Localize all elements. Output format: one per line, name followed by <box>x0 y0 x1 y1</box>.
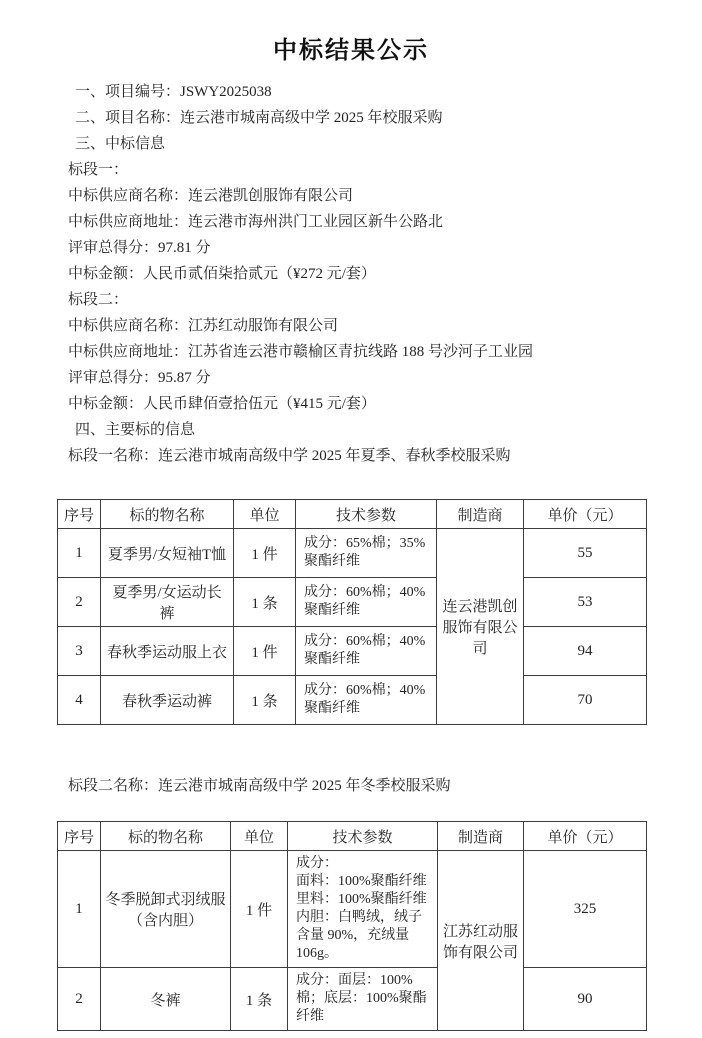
table-row: 2 夏季男/女运动长裤 1 条 成分：60%棉；40%聚酯纤维 53 <box>58 578 647 627</box>
cell-unit: 1 条 <box>234 676 296 725</box>
line-section2-amount: 中标金额：人民币肆佰壹拾伍元（¥415 元/套） <box>68 391 662 417</box>
cell-unit-price: 55 <box>524 529 647 578</box>
line-section1-table-caption: 标段一名称：连云港市城南高级中学 2025 年夏季、春秋季校服采购 <box>68 443 662 469</box>
line-project-number: 一、项目编号：JSWY2025038 <box>68 79 662 105</box>
table-row: 1 夏季男/女短袖T恤 1 件 成分：65%棉；35%聚酯纤维 连云港凯创服饰有… <box>58 529 647 578</box>
cell-seq: 3 <box>58 627 101 676</box>
section2-items-table: 序号 标的物名称 单位 技术参数 制造商 单价（元） 1 冬季脱卸式羽绒服（含内… <box>57 821 647 1031</box>
cell-item-name: 冬季脱卸式羽绒服（含内胆） <box>101 851 231 968</box>
cell-unit-price: 94 <box>524 627 647 676</box>
line-section2-supplier-name: 中标供应商名称：江苏红动服饰有限公司 <box>68 313 662 339</box>
cell-seq: 4 <box>58 676 101 725</box>
cell-unit: 1 条 <box>234 578 296 627</box>
cell-tech-params: 成分： 面料：100%聚酯纤维 里料：100%聚酯纤维 内胆：白鸭绒，绒子含量 … <box>288 851 438 968</box>
cell-unit-price: 325 <box>524 851 647 968</box>
cell-unit-price: 53 <box>524 578 647 627</box>
page-title: 中标结果公示 <box>0 0 702 65</box>
line-project-name: 二、项目名称：连云港市城南高级中学 2025 年校服采购 <box>68 105 662 131</box>
line-section1-supplier-address: 中标供应商地址：连云港市海州洪门工业园区新牛公路北 <box>68 209 662 235</box>
line-section1-label: 标段一： <box>68 157 662 183</box>
table-row: 4 春秋季运动裤 1 条 成分：60%棉；40%聚酯纤维 70 <box>58 676 647 725</box>
col-header-unit: 单位 <box>234 500 296 529</box>
line-section1-amount: 中标金额：人民币贰佰柒拾贰元（¥272 元/套） <box>68 261 662 287</box>
col-header-item-name: 标的物名称 <box>101 822 231 851</box>
cell-seq: 2 <box>58 968 101 1031</box>
cell-tech-params: 成分：65%棉；35%聚酯纤维 <box>296 529 437 578</box>
cell-unit: 1 条 <box>231 968 288 1031</box>
cell-item-name: 春秋季运动裤 <box>101 676 234 725</box>
cell-unit: 1 件 <box>234 627 296 676</box>
cell-item-name: 冬裤 <box>101 968 231 1031</box>
section1-items-table: 序号 标的物名称 单位 技术参数 制造商 单价（元） 1 夏季男/女短袖T恤 1… <box>57 499 647 725</box>
col-header-seq: 序号 <box>58 822 101 851</box>
cell-tech-params: 成分：60%棉；40%聚酯纤维 <box>296 578 437 627</box>
section2-table-caption: 标段二名称：连云港市城南高级中学 2025 年冬季校服采购 <box>0 773 702 799</box>
table1-header-row: 序号 标的物名称 单位 技术参数 制造商 单价（元） <box>58 500 647 529</box>
col-header-tech-params: 技术参数 <box>296 500 437 529</box>
body-text-block: 一、项目编号：JSWY2025038 二、项目名称：连云港市城南高级中学 202… <box>0 79 702 469</box>
cell-item-name: 夏季男/女短袖T恤 <box>101 529 234 578</box>
table-row: 1 冬季脱卸式羽绒服（含内胆） 1 件 成分： 面料：100%聚酯纤维 里料：1… <box>58 851 647 968</box>
cell-unit: 1 件 <box>234 529 296 578</box>
col-header-manufacturer: 制造商 <box>438 822 524 851</box>
cell-tech-params: 成分：60%棉；40%聚酯纤维 <box>296 676 437 725</box>
table-row: 2 冬裤 1 条 成分：面层：100%棉；底层：100%聚酯纤维 90 <box>58 968 647 1031</box>
table2-header-row: 序号 标的物名称 单位 技术参数 制造商 单价（元） <box>58 822 647 851</box>
line-main-subject-heading: 四、主要标的信息 <box>68 417 662 443</box>
cell-manufacturer-merged: 连云港凯创服饰有限公司 <box>437 529 524 725</box>
cell-seq: 1 <box>58 529 101 578</box>
cell-item-name: 春秋季运动服上衣 <box>101 627 234 676</box>
table-row: 3 春秋季运动服上衣 1 件 成分：60%棉；40%聚酯纤维 94 <box>58 627 647 676</box>
col-header-seq: 序号 <box>58 500 101 529</box>
cell-tech-params: 成分：60%棉；40%聚酯纤维 <box>296 627 437 676</box>
col-header-unit: 单位 <box>231 822 288 851</box>
line-section2-label: 标段二： <box>68 287 662 313</box>
line-section2-supplier-address: 中标供应商地址：江苏省连云港市赣榆区青抗线路 188 号沙河子工业园 <box>68 339 662 365</box>
cell-item-name: 夏季男/女运动长裤 <box>101 578 234 627</box>
col-header-unit-price: 单价（元） <box>524 822 647 851</box>
line-section1-score: 评审总得分：97.81 分 <box>68 235 662 261</box>
document-page: 中标结果公示 一、项目编号：JSWY2025038 二、项目名称：连云港市城南高… <box>0 0 702 1038</box>
cell-unit-price: 70 <box>524 676 647 725</box>
col-header-unit-price: 单价（元） <box>524 500 647 529</box>
col-header-manufacturer: 制造商 <box>437 500 524 529</box>
line-section1-supplier-name: 中标供应商名称：连云港凯创服饰有限公司 <box>68 183 662 209</box>
cell-seq: 1 <box>58 851 101 968</box>
cell-unit-price: 90 <box>524 968 647 1031</box>
cell-unit: 1 件 <box>231 851 288 968</box>
cell-tech-params: 成分：面层：100%棉；底层：100%聚酯纤维 <box>288 968 438 1031</box>
line-section2-score: 评审总得分：95.87 分 <box>68 365 662 391</box>
cell-seq: 2 <box>58 578 101 627</box>
col-header-item-name: 标的物名称 <box>101 500 234 529</box>
line-bid-info-heading: 三、中标信息 <box>68 131 662 157</box>
col-header-tech-params: 技术参数 <box>288 822 438 851</box>
cell-manufacturer-merged: 江苏红动服饰有限公司 <box>438 851 524 1031</box>
